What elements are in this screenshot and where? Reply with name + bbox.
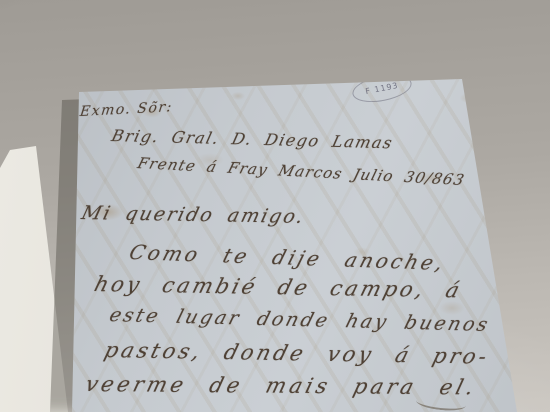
letter-body-line-3: este lugar donde hay buenos [107, 304, 493, 336]
letter-heading-line-1: Exmo. Sõr: [79, 99, 174, 120]
letter-body-line-2: hoy cambié de campo, á [92, 272, 465, 302]
letter-body-line-1: Como te dije anoche, [127, 240, 449, 275]
letter-paper: Exmo. Sõr: Brig. Gral. D. Diego Lamas Fr… [0, 0, 550, 412]
letter-heading-line-2: Brig. Gral. D. Diego Lamas [110, 126, 396, 152]
letter-body-line-5: veerme de mais para el. [83, 372, 480, 399]
archive-annotation-text: F 1193 [365, 81, 400, 96]
letter-body-line-4: pastos, donde voy á pro- [102, 338, 493, 369]
letter-salutation: Mi querido amigo. [79, 202, 307, 228]
photo-scene: Exmo. Sõr: Brig. Gral. D. Diego Lamas Fr… [0, 0, 550, 412]
letter-dateline: Frente á Fray Marcos Julio 30/863 [136, 154, 467, 189]
archive-annotation-oval: F 1193 [350, 71, 414, 107]
